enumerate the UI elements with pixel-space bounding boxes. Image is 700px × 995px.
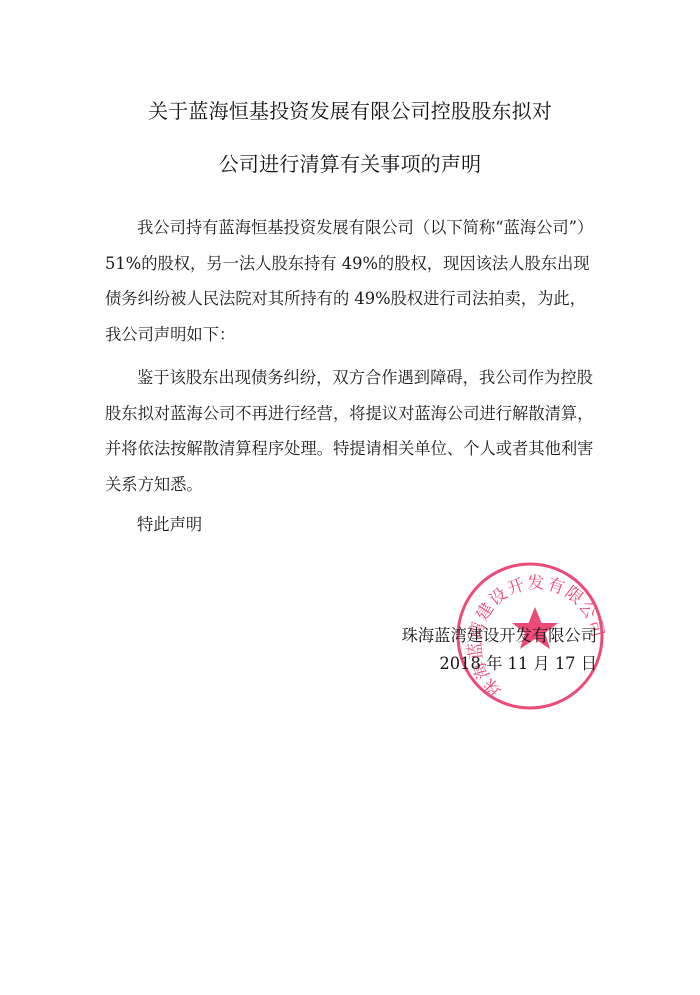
paragraph-line: 我公司声明如下： xyxy=(105,317,600,353)
paragraph-line: 51%的股权，另一法人股东持有 49%的股权，现因该法人股东出现 xyxy=(105,246,600,282)
paragraph-line: 并将依法按解散清算程序处理。特提请相关单位、个人或者其他利害 xyxy=(105,431,600,467)
closing-statement: 特此声明 xyxy=(105,507,600,543)
document-title-line-1: 关于蓝海恒基投资发展有限公司控股股东拟对 xyxy=(0,95,700,124)
signatory-company: 珠海蓝湾建设开发有限公司 xyxy=(402,622,597,646)
paragraph-liquidation: 鉴于该股东出现债务纠纷，双方合作遇到障碍，我公司作为控股 股东拟对蓝海公司不再进… xyxy=(105,360,600,502)
paragraph-shareholding: 我公司持有蓝海恒基投资发展有限公司（以下简称“蓝海公司”） 51%的股权，另一法… xyxy=(105,210,600,352)
paragraph-line: 鉴于该股东出现债务纠纷，双方合作遇到障碍，我公司作为控股 xyxy=(105,360,600,396)
document-title-line-2: 公司进行清算有关事项的声明 xyxy=(0,148,700,177)
paragraph-line: 股东拟对蓝海公司不再进行经营，将提议对蓝海公司进行解散清算， xyxy=(105,396,600,432)
paragraph-closing: 特此声明 xyxy=(105,507,600,543)
paragraph-line: 关系方知悉。 xyxy=(105,467,600,503)
paragraph-line: 债务纠纷被人民法院对其所持有的 49%股权进行司法拍卖，为此， xyxy=(105,281,600,317)
document-page: 关于蓝海恒基投资发展有限公司控股股东拟对 公司进行清算有关事项的声明 我公司持有… xyxy=(0,0,700,995)
signature-date: 2018 年 11 月 17 日 xyxy=(439,650,597,674)
paragraph-line: 我公司持有蓝海恒基投资发展有限公司（以下简称“蓝海公司”） xyxy=(105,210,600,246)
